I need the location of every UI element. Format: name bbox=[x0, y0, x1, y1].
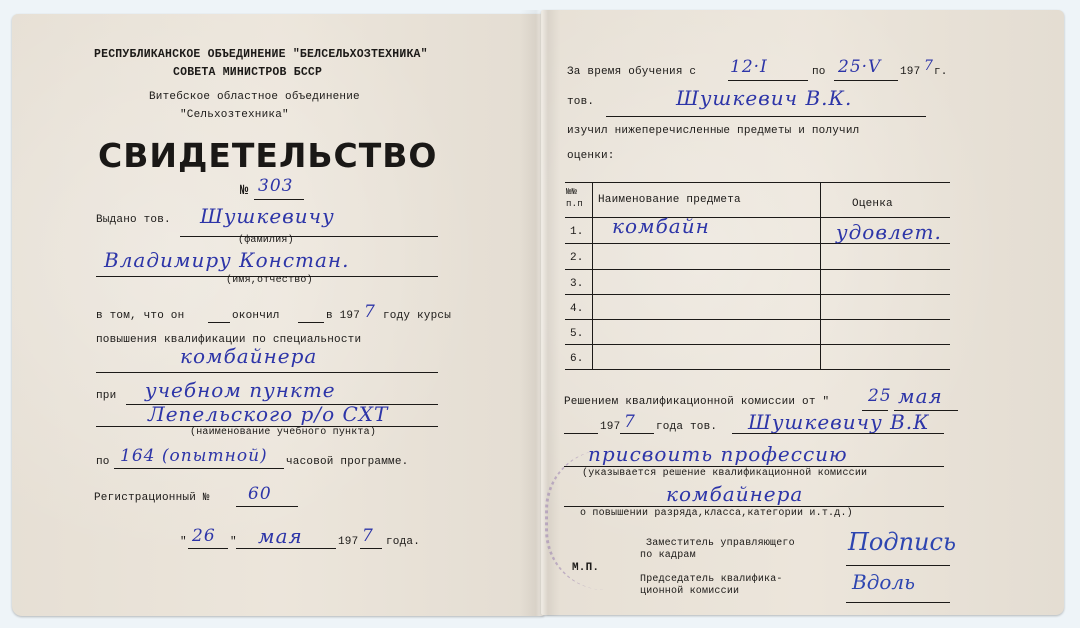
org-header-line3: Витебское областное объединение bbox=[149, 91, 360, 103]
table-header-subject: Наименование предмета bbox=[598, 194, 741, 206]
decision-year-underline bbox=[620, 433, 654, 434]
table-header-num: №№ п.п bbox=[566, 186, 592, 210]
surname-underline bbox=[180, 236, 438, 237]
studied-text: изучил нижеперечисленные предметы и полу… bbox=[567, 125, 859, 137]
signer1-title-line2: по кадрам bbox=[640, 550, 696, 561]
at-label: при bbox=[96, 390, 116, 402]
registration-underline bbox=[236, 506, 298, 507]
decision-caption2: о повышении разряда,класса,категории и.т… bbox=[580, 508, 853, 519]
period-year-digit: 7 bbox=[924, 58, 934, 74]
org-header-line1: РЕСПУБЛИКАНСКОЕ ОБЪЕДИНЕНИЕ "БЕЛСЕЛЬХОЗТ… bbox=[94, 48, 428, 61]
date-year-underline bbox=[360, 548, 382, 549]
table-row-subject: комбайн bbox=[612, 214, 710, 238]
date-quote-close: " bbox=[230, 536, 237, 548]
training-point-line2: Лепельского р/о СХТ bbox=[148, 402, 388, 426]
completion-text-a: в том, что он bbox=[96, 310, 184, 322]
registration-label: Регистрационный № bbox=[94, 492, 210, 504]
comrade-label: тов. bbox=[567, 96, 594, 108]
comrade-value: Шушкевич В.К. bbox=[676, 86, 852, 110]
decision-year-blank bbox=[564, 433, 598, 434]
program-suffix: часовой программе. bbox=[286, 456, 408, 468]
blank-2 bbox=[298, 322, 324, 323]
table-top-border bbox=[565, 182, 950, 183]
signer1-title-line1: Заместитель управляющего bbox=[646, 538, 795, 549]
date-quote-open: " bbox=[180, 536, 187, 548]
completion-text-b: окончил bbox=[232, 310, 280, 322]
decision-year-suffix: года тов. bbox=[656, 421, 717, 433]
table-row-num: 3. bbox=[570, 278, 584, 290]
signer2-signature-line bbox=[846, 602, 950, 603]
decision-year-digit: 7 bbox=[624, 412, 636, 432]
seal-label: М.П. bbox=[572, 562, 599, 574]
surname-value: Шушкевичу bbox=[200, 204, 335, 228]
org-header-line2: СОВЕТА МИНИСТРОВ БССР bbox=[173, 66, 322, 79]
period-to-underline bbox=[834, 80, 898, 81]
date-year-digit: 7 bbox=[362, 526, 374, 546]
decision-person-underline bbox=[732, 433, 944, 434]
number-label: № bbox=[240, 183, 249, 199]
table-row-num: 1. bbox=[570, 226, 584, 238]
table-col-divider bbox=[820, 182, 821, 370]
name-caption: (имя,отчество) bbox=[226, 275, 313, 286]
table-row-border bbox=[565, 319, 950, 320]
date-month-underline bbox=[236, 548, 336, 549]
signer2-signature: Вдоль bbox=[852, 570, 915, 594]
date-suffix: года. bbox=[386, 536, 420, 548]
org-header-line4: "Сельхозтехника" bbox=[180, 109, 289, 121]
comrade-underline bbox=[606, 116, 926, 117]
table-row-num: 5. bbox=[570, 328, 584, 340]
decision-year-prefix: 197 bbox=[600, 421, 620, 433]
table-row-num: 2. bbox=[570, 252, 584, 264]
program-value: 164 (опытной) bbox=[120, 446, 268, 466]
surname-caption: (фамилия) bbox=[238, 235, 294, 246]
specialty-underline bbox=[96, 372, 438, 373]
decision-day: 25 bbox=[868, 386, 892, 406]
table-row-num: 4. bbox=[570, 303, 584, 315]
date-year-prefix: 197 bbox=[338, 536, 358, 548]
period-to: 25·V bbox=[838, 57, 881, 77]
decision-line1-underline bbox=[564, 466, 944, 467]
period-year: 197 bbox=[900, 66, 920, 78]
signer1-signature: Подпись bbox=[848, 528, 956, 556]
decision-caption1: (указывается решение квалификационной ко… bbox=[582, 468, 867, 479]
table-row-border bbox=[565, 269, 950, 270]
decision-month: мая bbox=[898, 384, 943, 408]
table-row-border bbox=[565, 294, 950, 295]
table-row-num: 6. bbox=[570, 353, 584, 365]
table-row-border bbox=[565, 344, 950, 345]
table-col-divider bbox=[592, 182, 593, 370]
signer2-title-line1: Председатель квалифика- bbox=[640, 574, 783, 585]
date-month: мая bbox=[258, 524, 303, 548]
blank-1 bbox=[208, 322, 230, 323]
date-day-underline bbox=[188, 548, 228, 549]
training-point-caption: (наименование учебного пункта) bbox=[190, 427, 376, 438]
period-label: За время обучения с bbox=[567, 66, 696, 78]
program-underline bbox=[114, 468, 284, 469]
number-underline bbox=[254, 199, 304, 200]
document-title: СВИДЕТЕЛЬСТВО bbox=[98, 136, 437, 175]
table-header-grade: Оценка bbox=[852, 198, 893, 210]
decision-line2: комбайнера bbox=[666, 482, 803, 506]
table-bottom-border bbox=[565, 369, 950, 370]
completion-text-d: году курсы bbox=[383, 310, 451, 322]
signer1-signature-line bbox=[846, 565, 950, 566]
date-day: 26 bbox=[192, 526, 216, 546]
decision-line1: присвоить профессию bbox=[588, 442, 848, 466]
completion-year-digit: 7 bbox=[364, 302, 376, 322]
issued-label: Выдано тов. bbox=[96, 214, 171, 226]
period-from-underline bbox=[728, 80, 808, 81]
decision-line2-underline bbox=[564, 506, 944, 507]
grades-label: оценки: bbox=[567, 150, 615, 162]
completion-text-c: в 197 bbox=[326, 310, 360, 322]
training-point-line1: учебном пункте bbox=[145, 378, 336, 402]
registration-number: 60 bbox=[248, 484, 272, 504]
decision-person: Шушкевичу В.К bbox=[748, 410, 930, 434]
period-year-suffix: г. bbox=[934, 66, 948, 78]
name-value: Владимиру Констан. bbox=[104, 248, 349, 272]
table-row-grade: удовлет. bbox=[836, 220, 942, 244]
certificate-number: 303 bbox=[258, 176, 293, 196]
specialty-value: комбайнера bbox=[180, 344, 317, 368]
program-prefix: по bbox=[96, 456, 110, 468]
decision-text: Решением квалификационной комиссии от " bbox=[564, 396, 829, 408]
signer2-title-line2: ционной комиссии bbox=[640, 586, 739, 597]
period-to-label: по bbox=[812, 66, 826, 78]
period-from: 12·I bbox=[730, 57, 768, 77]
